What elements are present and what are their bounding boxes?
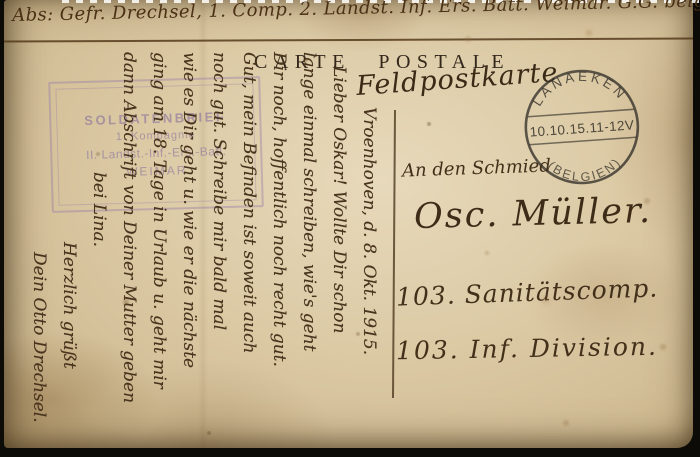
message-line: bei Lina.: [84, 52, 114, 452]
message-line: Gut, mein Befinden ist soweit auch: [234, 52, 264, 452]
address-division: 103. Inf. Division.: [396, 332, 658, 366]
message-line: Herzlich grüßt: [54, 52, 84, 452]
postmark-town-arc: LANAEKEN: [528, 65, 631, 109]
postmark-date: 10.10.15.11-12V: [529, 117, 635, 139]
sender-line: Abs: Gefr. Drechsel, 1. Comp. 2. Landst.…: [12, 0, 700, 26]
address-unit: 103. Sanitätscomp.: [396, 273, 659, 311]
postcard-scan: Abs: Gefr. Drechsel, 1. Comp. 2. Landst.…: [0, 0, 700, 457]
message-line: Dein Otto Drechsel.: [24, 52, 54, 452]
message-line: Dir noch, hoffentlich noch recht gut.: [264, 52, 294, 452]
message-block: Vroenhoven, d. 8. Okt. 1915. Lieber Oska…: [16, 52, 388, 452]
message-line: ging am 18. Tage in Urlaub u. geht mir: [144, 52, 174, 452]
postmark-country-arc: (BELGIEN): [544, 154, 625, 187]
foxing-spots: [4, 0, 8, 4]
postmark-band-top: [528, 109, 634, 116]
address-recipient-name: Osc. Müller.: [414, 191, 653, 237]
sender-underline: [4, 37, 693, 42]
message-rotated-text: Vroenhoven, d. 8. Okt. 1915. Lieber Oska…: [12, 52, 388, 452]
message-line: Lieber Oskar! Wollte Dir schon: [324, 52, 354, 452]
message-line: Vroenhoven, d. 8. Okt. 1915.: [354, 52, 384, 452]
message-line: lange einmal schreiben, wie's geht: [294, 52, 324, 452]
message-line: wie es Dir geht u. wie er die nächste: [174, 52, 204, 452]
message-line: dann Abschrift von Deiner Mutter geben: [114, 52, 144, 452]
message-line: noch gut. Schreibe mir bald mal: [204, 52, 234, 452]
postcard-paper: Abs: Gefr. Drechsel, 1. Comp. 2. Landst.…: [4, 0, 693, 448]
